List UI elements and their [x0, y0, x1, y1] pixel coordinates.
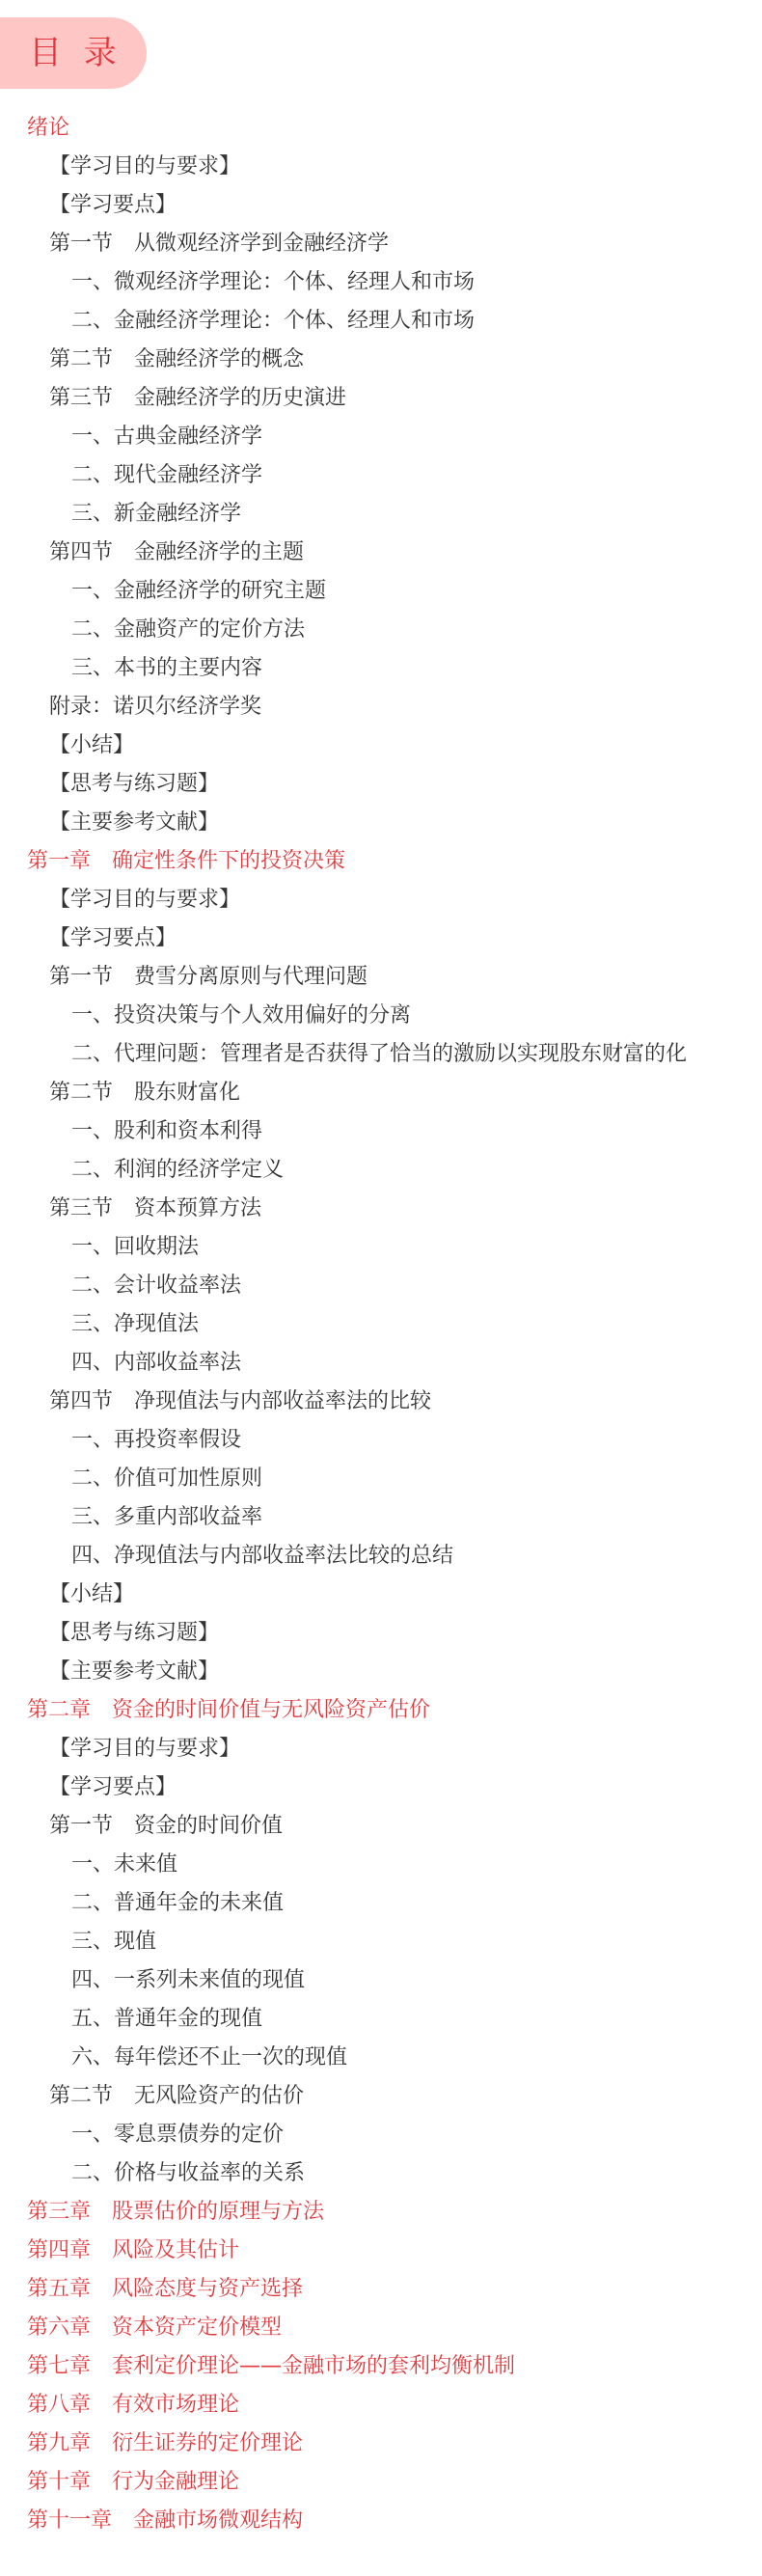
toc-section-link[interactable]: 【思考与练习题】	[0, 1614, 762, 1653]
toc-chapter-link[interactable]: 第九章 衍生证券的定价理论	[0, 2425, 762, 2463]
toc-chapter-link[interactable]: 第五章 风险态度与资产选择	[0, 2270, 762, 2309]
toc-subsection-link[interactable]: 二、代理问题：管理者是否获得了恰当的激励以实现股东财富的化	[0, 1035, 762, 1074]
toc-subsection-link[interactable]: 四、净现值法与内部收益率法比较的总结	[0, 1537, 762, 1576]
toc-header: 目 录	[0, 17, 147, 89]
toc-subsection-link[interactable]: 一、金融经济学的研究主题	[0, 572, 762, 611]
toc-section-link[interactable]: 【思考与练习题】	[0, 765, 762, 804]
toc-section-link[interactable]: 【学习目的与要求】	[0, 148, 762, 186]
toc-subsection-link[interactable]: 四、一系列未来值的现值	[0, 1961, 762, 2000]
toc-subsection-link[interactable]: 三、现值	[0, 1923, 762, 1961]
toc-subsection-link[interactable]: 三、本书的主要内容	[0, 649, 762, 688]
toc-section-link[interactable]: 第四节 金融经济学的主题	[0, 534, 762, 572]
toc-subsection-link[interactable]: 二、金融经济学理论：个体、经理人和市场	[0, 302, 762, 341]
toc-chapter-link[interactable]: 第七章 套利定价理论——金融市场的套利均衡机制	[0, 2347, 762, 2386]
toc-subsection-link[interactable]: 二、利润的经济学定义	[0, 1151, 762, 1190]
toc-chapter-link[interactable]: 第十一章 金融市场微观结构	[0, 2502, 762, 2540]
toc-chapter-link[interactable]: 第二章 资金的时间价值与无风险资产估价	[0, 1691, 762, 1730]
toc-subsection-link[interactable]: 三、净现值法	[0, 1305, 762, 1344]
toc-section-link[interactable]: 【学习要点】	[0, 1768, 762, 1807]
toc-subsection-link[interactable]: 一、回收期法	[0, 1228, 762, 1267]
toc-section-link[interactable]: 第二节 无风险资产的估价	[0, 2077, 762, 2116]
toc-chapter-link[interactable]: 第八章 有效市场理论	[0, 2386, 762, 2425]
toc-subsection-link[interactable]: 一、古典金融经济学	[0, 418, 762, 456]
toc-section-link[interactable]: 【主要参考文献】	[0, 1653, 762, 1691]
toc-section-link[interactable]: 第一节 从微观经济学到金融经济学	[0, 225, 762, 263]
toc-subsection-link[interactable]: 四、内部收益率法	[0, 1344, 762, 1383]
toc-section-link[interactable]: 第二节 股东财富化	[0, 1074, 762, 1112]
toc-section-link[interactable]: 【学习要点】	[0, 186, 762, 225]
toc-chapter-link[interactable]: 绪论	[0, 109, 762, 148]
toc-section-link[interactable]: 【主要参考文献】	[0, 804, 762, 842]
toc-section-link[interactable]: 【学习要点】	[0, 919, 762, 958]
toc-chapter-link[interactable]: 第十章 行为金融理论	[0, 2463, 762, 2502]
toc-subsection-link[interactable]: 二、现代金融经济学	[0, 456, 762, 495]
toc-subsection-link[interactable]: 二、价值可加性原则	[0, 1460, 762, 1498]
toc-subsection-link[interactable]: 二、价格与收益率的关系	[0, 2154, 762, 2193]
toc-subsection-link[interactable]: 三、多重内部收益率	[0, 1498, 762, 1537]
toc-chapter-link[interactable]: 第四章 风险及其估计	[0, 2232, 762, 2270]
toc-section-link[interactable]: 第三节 资本预算方法	[0, 1190, 762, 1228]
toc-section-link[interactable]: 附录：诺贝尔经济学奖	[0, 688, 762, 726]
toc-section-link[interactable]: 【学习目的与要求】	[0, 1730, 762, 1768]
toc-subsection-link[interactable]: 二、普通年金的未来值	[0, 1884, 762, 1923]
toc-subsection-link[interactable]: 一、微观经济学理论：个体、经理人和市场	[0, 263, 762, 302]
toc-section-link[interactable]: 第三节 金融经济学的历史演进	[0, 379, 762, 418]
toc-section-link[interactable]: 第二节 金融经济学的概念	[0, 341, 762, 379]
toc-subsection-link[interactable]: 一、股利和资本利得	[0, 1112, 762, 1151]
toc-subsection-link[interactable]: 二、会计收益率法	[0, 1267, 762, 1305]
toc-subsection-link[interactable]: 一、零息票债券的定价	[0, 2116, 762, 2154]
toc-chapter-link[interactable]: 第三章 股票估价的原理与方法	[0, 2193, 762, 2232]
table-of-contents: 绪论【学习目的与要求】【学习要点】第一节 从微观经济学到金融经济学一、微观经济学…	[0, 109, 762, 2540]
toc-subsection-link[interactable]: 一、未来值	[0, 1846, 762, 1884]
toc-section-link[interactable]: 【小结】	[0, 1576, 762, 1614]
toc-subsection-link[interactable]: 五、普通年金的现值	[0, 2000, 762, 2039]
page-title: 目 录	[29, 37, 122, 69]
toc-subsection-link[interactable]: 六、每年偿还不止一次的现值	[0, 2039, 762, 2077]
toc-subsection-link[interactable]: 一、再投资率假设	[0, 1421, 762, 1460]
toc-chapter-link[interactable]: 第六章 资本资产定价模型	[0, 2309, 762, 2347]
toc-section-link[interactable]: 第四节 净现值法与内部收益率法的比较	[0, 1383, 762, 1421]
toc-subsection-link[interactable]: 一、投资决策与个人效用偏好的分离	[0, 997, 762, 1035]
toc-subsection-link[interactable]: 二、金融资产的定价方法	[0, 611, 762, 649]
toc-section-link[interactable]: 【小结】	[0, 726, 762, 765]
toc-section-link[interactable]: 【学习目的与要求】	[0, 881, 762, 919]
toc-chapter-link[interactable]: 第一章 确定性条件下的投资决策	[0, 842, 762, 881]
toc-section-link[interactable]: 第一节 资金的时间价值	[0, 1807, 762, 1846]
toc-section-link[interactable]: 第一节 费雪分离原则与代理问题	[0, 958, 762, 997]
toc-subsection-link[interactable]: 三、新金融经济学	[0, 495, 762, 534]
